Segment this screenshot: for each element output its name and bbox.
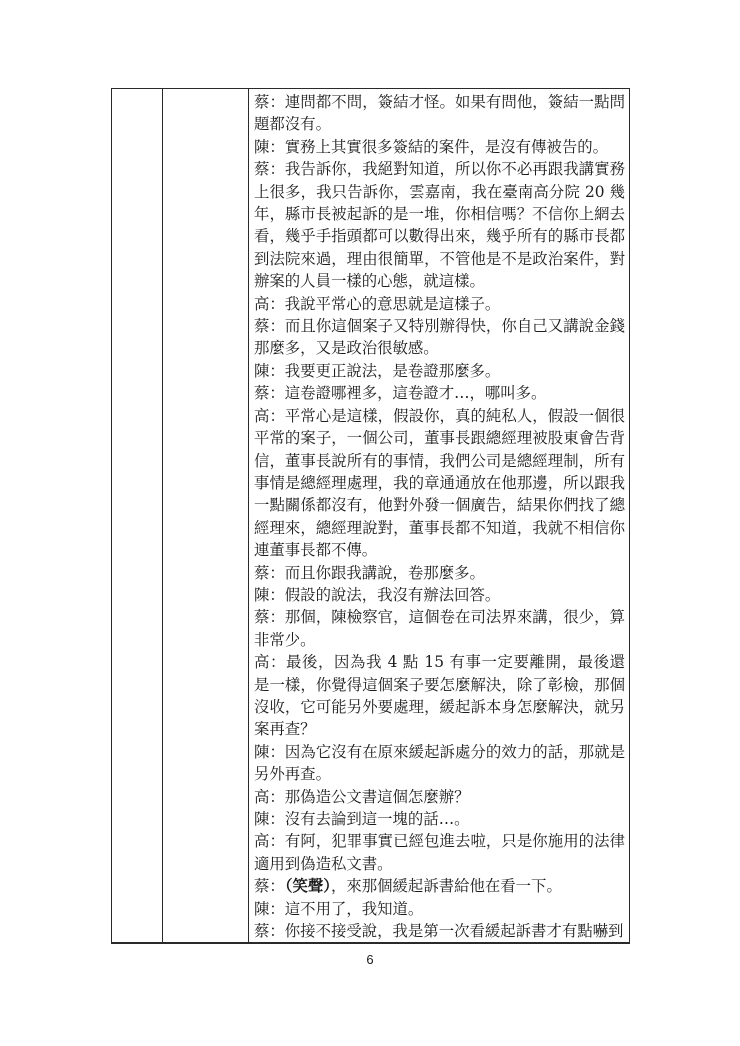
page-number: 6 [0,952,740,967]
utterance: 蔡：連問都不問，簽結才怪。如果有問他，簽結一點問題都沒有。 [254,91,625,136]
utterance-segment: 陳：我要更正說法，是卷證那麼多。 [254,362,500,380]
utterance: 陳：這不用了，我知道。 [254,898,625,920]
utterance-segment: 高：我說平常心的意思就是這樣子。 [254,295,500,313]
utterance: 蔡：（笑聲），來那個緩起訴書給他在看一下。 [254,875,625,897]
utterance-segment: 陳：實務上其實很多簽結的案件，是沒有傳被告的。 [254,138,608,156]
utterance: 蔡：我告訴你，我絕對知道，所以你不必再跟我講實務上很多，我只告訴你，雲嘉南，我在… [254,158,625,292]
utterance: 蔡：而且你跟我講說，卷那麼多。 [254,562,625,584]
utterance-segment: 陳：假設的說法，我沒有辦法回答。 [254,586,500,604]
utterance: 陳：實務上其實很多簽結的案件，是沒有傳被告的。 [254,136,625,158]
utterance: 陳：假設的說法，我沒有辦法回答。 [254,584,625,606]
utterance: 蔡：這卷證哪裡多，這卷證才…，哪叫多。 [254,382,625,404]
table-cell-empty-1 [112,89,163,942]
utterance-segment: 蔡：我告訴你，我絕對知道，所以你不必再跟我講實務上很多，我只告訴你，雲嘉南，我在… [254,160,625,290]
utterance-segment: 蔡：這卷證哪裡多，這卷證才…，哪叫多。 [254,384,546,402]
utterance-segment: 陳：沒有去論到這一塊的話…。 [254,810,469,828]
utterance: 蔡：那個，陳檢察官，這個卷在司法界來講，很少，算非常少。 [254,606,625,651]
utterance-segment: 高：有阿，犯罪事實已經包進去啦，只是你施用的法律適用到偽造私文書。 [254,832,625,872]
utterance: 高：平常心是這樣，假設你，真的純私人，假設一個很平常的案子，一個公司，董事長跟總… [254,405,625,562]
utterance-segment: 蔡：而且你這個案子又特別辦得快，你自己又講說金錢那麼多，又是政治很敏感。 [254,317,625,357]
utterance: 陳：因為它沒有在原來緩起訴處分的效力的話，那就是另外再查。 [254,741,625,786]
utterance-segment: 蔡：而且你跟我講說，卷那麼多。 [254,564,485,582]
utterance: 高：有阿，犯罪事實已經包進去啦，只是你施用的法律適用到偽造私文書。 [254,830,625,875]
utterance-bold-segment: （笑聲） [285,877,331,895]
utterance: 高：我說平常心的意思就是這樣子。 [254,293,625,315]
utterance-segment: 高：那偽造公文書這個怎麼辦？ [254,788,469,806]
utterance: 高：最後，因為我 4 點 15 有事一定要離開，最後還是一樣，你覺得這個案子要怎… [254,651,625,741]
utterance-segment: 蔡：你接不接受說，我是第一次看緩起訴書才有點嚇到 [254,922,623,940]
utterance-segment: ，來那個緩起訴書給他在看一下。 [331,877,562,895]
utterance: 陳：我要更正說法，是卷證那麼多。 [254,360,625,382]
utterance-segment: 陳：因為它沒有在原來緩起訴處分的效力的話，那就是另外再查。 [254,743,625,783]
utterance: 蔡：而且你這個案子又特別辦得快，你自己又講說金錢那麼多，又是政治很敏感。 [254,315,625,360]
utterance: 高：那偽造公文書這個怎麼辦？ [254,786,625,808]
utterance: 陳：沒有去論到這一塊的話…。 [254,808,625,830]
transcript-table: 蔡：連問都不問，簽結才怪。如果有問他，簽結一點問題都沒有。陳：實務上其實很多簽結… [111,88,630,944]
utterance-segment: 陳：這不用了，我知道。 [254,900,423,918]
utterance-segment: 蔡：連問都不問，簽結才怪。如果有問他，簽結一點問題都沒有。 [254,93,625,133]
transcript-cell: 蔡：連問都不問，簽結才怪。如果有問他，簽結一點問題都沒有。陳：實務上其實很多簽結… [249,89,629,942]
utterance-segment: 高：平常心是這樣，假設你，真的純私人，假設一個很平常的案子，一個公司，董事長跟總… [254,407,625,559]
table-cell-empty-2 [163,89,249,942]
utterance-segment: 高：最後，因為我 4 點 15 有事一定要離開，最後還是一樣，你覺得這個案子要怎… [254,653,625,738]
utterance: 蔡：你接不接受說，我是第一次看緩起訴書才有點嚇到 [254,920,625,942]
utterance-segment: 蔡：那個，陳檢察官，這個卷在司法界來講，很少，算非常少。 [254,608,625,648]
utterance-segment: 蔡： [254,877,285,895]
